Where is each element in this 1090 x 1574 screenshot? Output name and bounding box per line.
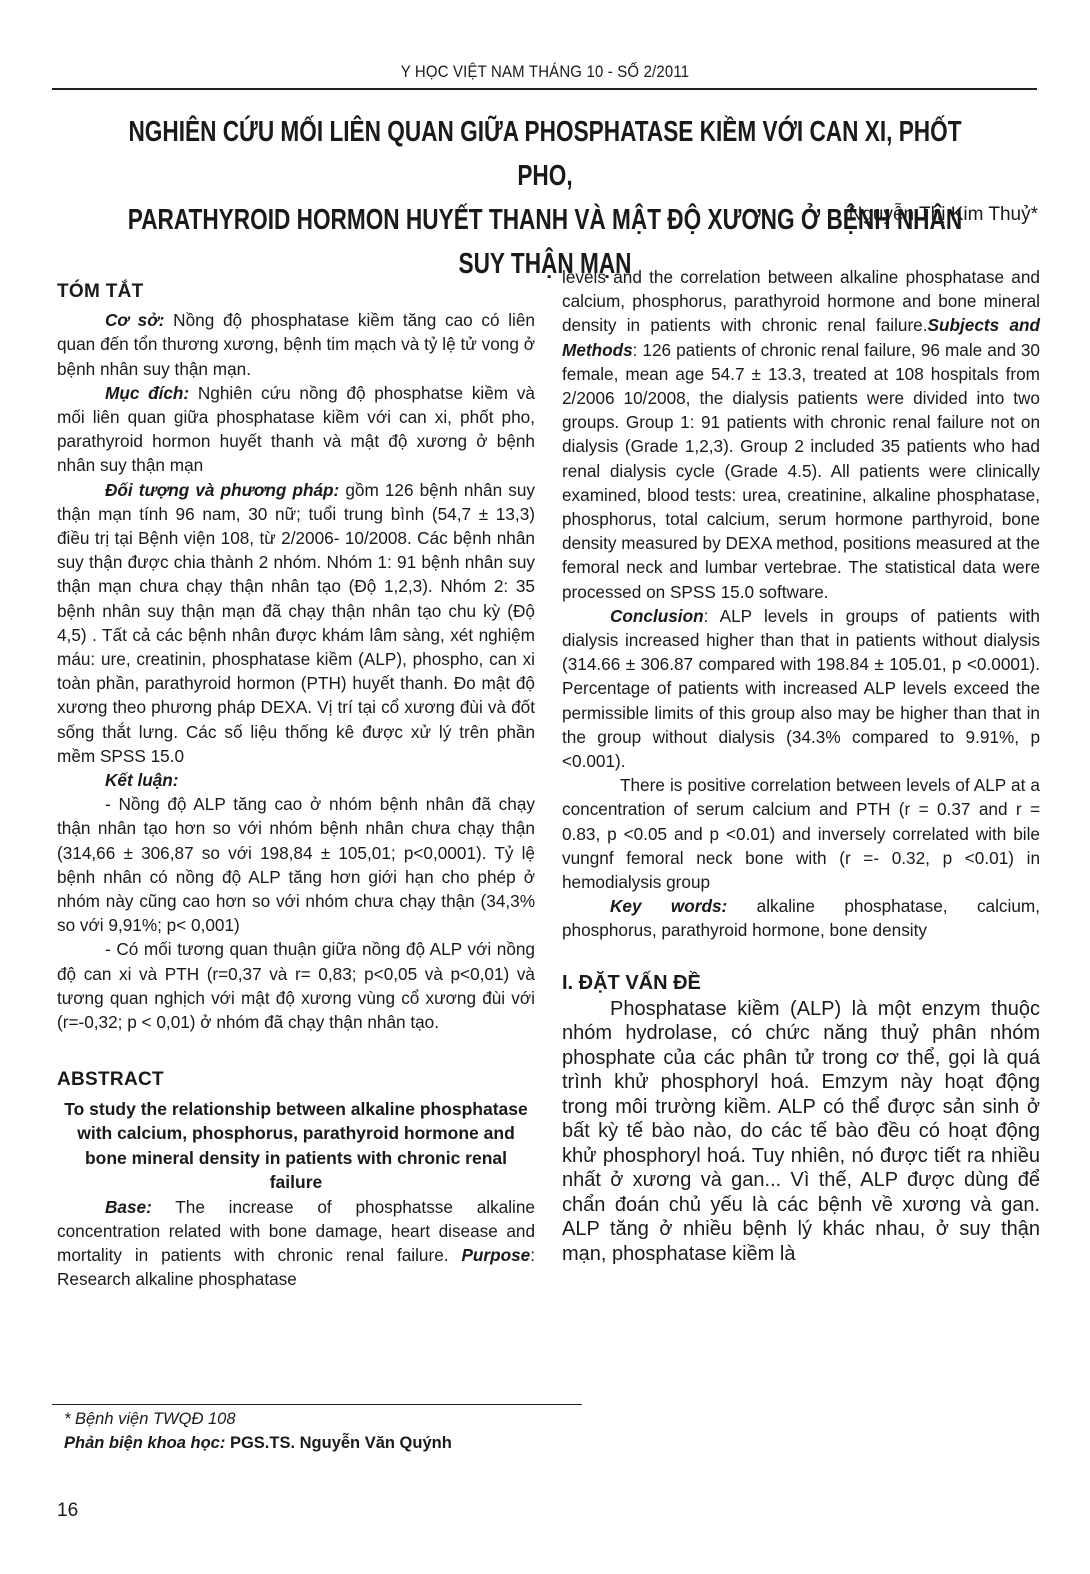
author: Nguyễn Thị Kim Thuỷ* — [849, 204, 1038, 226]
coso-label: Cơ sở: — [105, 310, 164, 330]
conclusion-label: Conclusion — [610, 606, 704, 626]
header-rule — [52, 88, 1037, 90]
mucdich-paragraph: Mục đích: Nghiên cứu nồng độ phosphatse … — [57, 381, 535, 478]
footnote-reviewer: Phản biện khoa học: PGS.TS. Nguyễn Văn Q… — [64, 1434, 452, 1453]
ketluan-point-2: - Có mối tương quan thuận giữa nồng độ A… — [57, 937, 535, 1034]
right-column: levels and the correlation between alkal… — [562, 265, 1040, 1266]
methods-text: : 126 patients of chronic renal failure,… — [562, 340, 1040, 602]
article-title: NGHIÊN CỨU MỐI LIÊN QUAN GIỮA PHOSPHATAS… — [120, 110, 970, 286]
ketluan-heading: Kết luận: — [57, 768, 535, 792]
mucdich-label: Mục đích: — [105, 383, 189, 403]
correlation-paragraph: There is positive correlation between le… — [562, 773, 1040, 894]
tomtat-heading: TÓM TẮT — [57, 280, 535, 304]
footnote-affiliation: * Bệnh viện TWQĐ 108 — [64, 1410, 236, 1429]
conclusion-paragraph: Conclusion: ALP levels in groups of pati… — [562, 604, 1040, 773]
base-label: Base: — [105, 1197, 152, 1217]
keywords-paragraph: Key words: alkaline phosphatase, calcium… — [562, 894, 1040, 942]
left-column: TÓM TẮT Cơ sở: Nồng độ phosphatase kiềm … — [57, 280, 535, 1291]
footnote-rule — [52, 1404, 582, 1405]
title-line-1: NGHIÊN CỨU MỐI LIÊN QUAN GIỮA PHOSPHATAS… — [120, 110, 970, 198]
base-paragraph: Base: The increase of phosphatsse alkali… — [57, 1195, 535, 1292]
abstract-heading: ABSTRACT — [57, 1068, 535, 1092]
page-number: 16 — [57, 1500, 78, 1522]
ketluan-label: Kết luận: — [105, 770, 179, 790]
running-head: Y HỌC VIỆT NAM THÁNG 10 - SỐ 2/2011 — [65, 62, 1024, 82]
doituong-label: Đối tượng và phương pháp: — [105, 480, 339, 500]
abstract-title: To study the relationship between alkali… — [57, 1097, 535, 1195]
ketluan-point-1: - Nồng độ ALP tăng cao ở nhóm bệnh nhân … — [57, 792, 535, 937]
doituong-paragraph: Đối tượng và phương pháp: gồm 126 bệnh n… — [57, 478, 535, 768]
section-1-text: Phosphatase kiềm (ALP) là một enzym thuộ… — [562, 997, 1040, 1267]
reviewer-name: PGS.TS. Nguyễn Văn Quýnh — [225, 1434, 451, 1452]
purpose-continued: levels and the correlation between alkal… — [562, 265, 1040, 604]
section-1-heading: I. ĐẶT VẤN ĐỀ — [562, 971, 1040, 995]
reviewer-label: Phản biện khoa học: — [64, 1434, 225, 1452]
coso-paragraph: Cơ sở: Nồng độ phosphatase kiềm tăng cao… — [57, 308, 535, 381]
keywords-label: Key words: — [610, 896, 727, 916]
conclusion-text: : ALP levels in groups of patients with … — [562, 606, 1040, 771]
doituong-text: gồm 126 bệnh nhân suy thận mạn tính 96 n… — [57, 480, 535, 766]
purpose-label: Purpose — [461, 1245, 530, 1265]
